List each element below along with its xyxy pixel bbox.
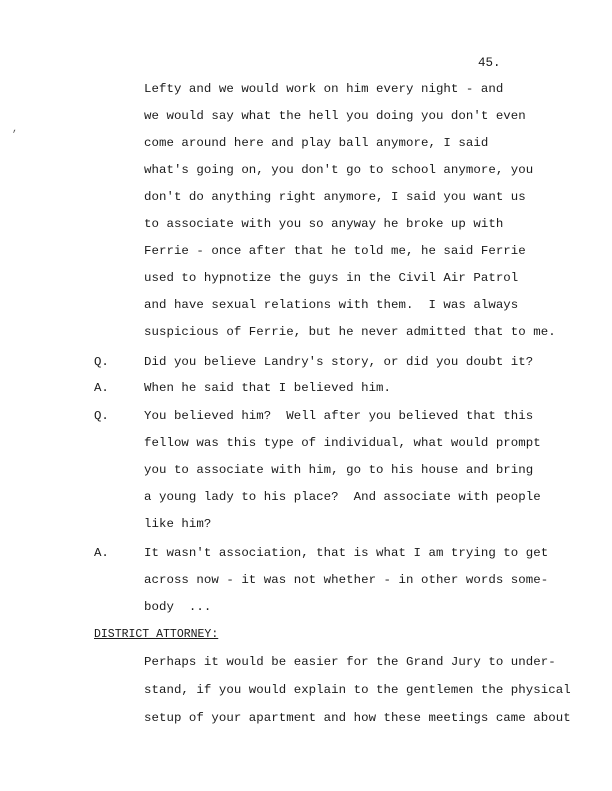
text-line: Did you believe Landry's story, or did y… bbox=[144, 355, 533, 369]
text-line: what's going on, you don't go to school … bbox=[144, 163, 533, 177]
text-line: fellow was this type of individual, what… bbox=[144, 436, 541, 450]
text-line: You believed him? Well after you believe… bbox=[144, 409, 533, 423]
speaker-label: A. bbox=[94, 546, 109, 560]
text-line: body ... bbox=[144, 600, 211, 614]
district-attorney-heading: DISTRICT ATTORNEY: bbox=[94, 628, 218, 641]
text-line: across now - it was not whether - in oth… bbox=[144, 573, 548, 587]
text-line: and have sexual relations with them. I w… bbox=[144, 298, 518, 312]
text-line: Lefty and we would work on him every nig… bbox=[144, 82, 503, 96]
text-line: don't do anything right anymore, I said … bbox=[144, 190, 526, 204]
speaker-label: A. bbox=[94, 381, 109, 395]
stray-mark: , bbox=[12, 124, 18, 135]
text-line: Ferrie - once after that he told me, he … bbox=[144, 244, 526, 258]
speaker-label: Q. bbox=[94, 409, 109, 423]
text-line: a young lady to his place? And associate… bbox=[144, 490, 541, 504]
text-line: Perhaps it would be easier for the Grand… bbox=[144, 655, 556, 669]
text-line: you to associate with him, go to his hou… bbox=[144, 463, 533, 477]
text-line: we would say what the hell you doing you… bbox=[144, 109, 526, 123]
text-line: It wasn't association, that is what I am… bbox=[144, 546, 548, 560]
text-line: stand, if you would explain to the gentl… bbox=[144, 683, 571, 697]
text-line: suspicious of Ferrie, but he never admit… bbox=[144, 325, 556, 339]
document-page: , 45. Lefty and we would work on him eve… bbox=[0, 0, 612, 791]
text-line: come around here and play ball anymore, … bbox=[144, 136, 488, 150]
page-number: 45. bbox=[478, 56, 501, 70]
text-line: When he said that I believed him. bbox=[144, 381, 391, 395]
text-line: setup of your apartment and how these me… bbox=[144, 711, 571, 725]
text-line: used to hypnotize the guys in the Civil … bbox=[144, 271, 518, 285]
speaker-label: Q. bbox=[94, 355, 109, 369]
text-line: like him? bbox=[144, 517, 211, 531]
text-line: to associate with you so anyway he broke… bbox=[144, 217, 503, 231]
